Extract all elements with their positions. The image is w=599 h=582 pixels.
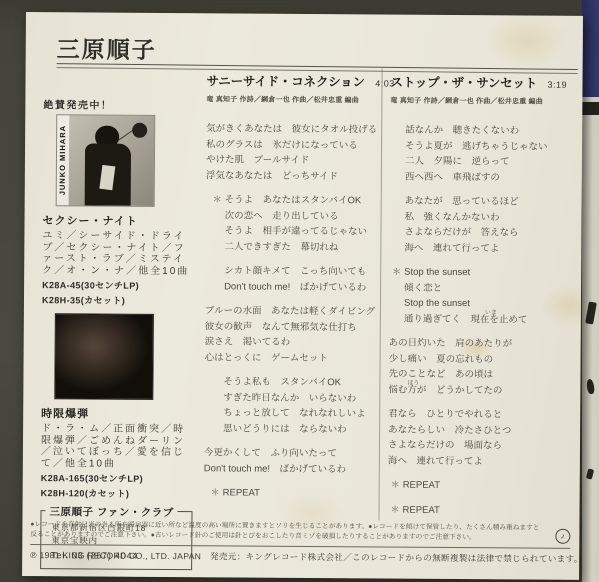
- column-divider: [378, 68, 382, 520]
- lyric-line: シカト顔キメて こっち向いても: [224, 263, 377, 280]
- lyric-line: ブルーの水面 あなたは軽くダイビング: [205, 303, 377, 320]
- album-track-list: ユミ／シーサイド・ドライブ／セクシー・ナイト／ファースト・ラブ／ミステイク／オ・…: [42, 230, 192, 277]
- repeat-block: ＊ REPEAT: [403, 478, 576, 495]
- lyric-block-chorus: ＊ そうよ あなたはスタンバイOK 次の恋へ 走り出している そうよ 相手が違っ…: [224, 192, 377, 255]
- lyric-block: 話なんか 聴きたくないわ そうよ夏が 逃げちゃうじゃない 二人 夕陽に 逆らって…: [405, 123, 578, 186]
- cover-artist-name: JUNKO MIHARA: [57, 115, 70, 205]
- chorus-marker: ＊: [213, 192, 222, 208]
- lyric-line: 次の恋へ 走り出している: [225, 208, 378, 225]
- furigana-ima: いま: [485, 306, 497, 322]
- catalog-number-lp: K28A-165(30センチLP): [41, 471, 199, 485]
- lyric-line: ちょっと放して なれなれしいよ: [223, 405, 376, 422]
- song-credits: 竜 真知子 作詩／網倉一也 作曲／松井忠重 編曲: [390, 96, 578, 107]
- song-2-column: ストップ・ザ・サンセット 3:19 竜 真知子 作詩／網倉一也 作曲／松井忠重 …: [387, 73, 578, 519]
- footer: ●レコードを直射日光の当る所や暖房器に近い所など温度の高い場所に置きますとソリを…: [30, 520, 570, 565]
- lyric-line: あなたが 思っているほど: [405, 194, 578, 211]
- lyric-line: 気がきくあなたは 彼女にタオル投げる: [206, 121, 378, 138]
- lyric-line: 私 強くなんかないわ: [405, 209, 578, 226]
- lyric-block: 気がきくあなたは 彼女にタオル投げる 私のグラスは 氷だけになっている やけた肌…: [206, 121, 378, 184]
- lyric-block: あなたが 思っているほど 私 強くなんかないわ さよならだけが 答えなら 海へ …: [404, 194, 577, 257]
- promo-label: 絶賛発売中！: [43, 96, 201, 112]
- song-1-header: サニーサイド・コネクション 4:03: [206, 71, 378, 91]
- lyric-line: やけた肌 プールサイド: [206, 152, 378, 169]
- lyric-line: 傾く恋と: [404, 280, 577, 297]
- album-cover-jigen-bakudan: [54, 313, 154, 400]
- catalog-number-cassette: K28H-120(カセット): [41, 486, 199, 500]
- lyric-line: 少し痛い 夏の忘れもの: [389, 351, 577, 368]
- background-sleeve-edge: [582, 97, 599, 582]
- lyric-line: 思いどうりには ならないわ: [223, 421, 376, 438]
- furigana-hou: ほう: [407, 377, 419, 393]
- lyric-sheet: 三原順子 絶賛発売中！ JUNKO MIHARA セクシー・ナイト ユミ／シーサ…: [22, 12, 583, 580]
- lyric-block: そうよ私も スタンバイOK すぎた昨日なんか いらないわ ちょっと放して なれな…: [223, 374, 376, 437]
- lyric-line: 二人 夕陽に 逆らって: [405, 154, 578, 171]
- lyric-line: 彼女の歓声 なんて無邪気な仕打ち: [205, 319, 377, 336]
- lyric-block-chorus: ＊ いま Stop the sunset 傾く恋と Stop the sunse…: [404, 265, 577, 328]
- background-navy-sleeve: [582, 0, 599, 97]
- lyric-line: 今更かくして ふり向いたって: [204, 445, 376, 462]
- album-title: 時限爆弾: [41, 405, 199, 422]
- lyric-line: 海へ 連れて行ってよ: [388, 453, 576, 470]
- lyric-line: 話なんか 聴きたくないわ: [405, 123, 578, 140]
- lyric-line: そうよ私も スタンバイOK: [223, 374, 376, 391]
- lyric-line: 西へ西へ 車飛ばすの: [405, 169, 578, 186]
- song-title: サニーサイド・コネクション: [206, 74, 364, 89]
- lyric-line: さよならだけが 答えなら: [404, 225, 577, 242]
- lyric-line: そうよ あなたはスタンバイOK: [225, 192, 378, 209]
- sidebar-discography: 絶賛発売中！ JUNKO MIHARA セクシー・ナイト ユミ／シーサイド・ドラ…: [40, 96, 201, 570]
- chorus-marker: ＊: [392, 265, 401, 281]
- lyric-line: すぎた昨日なんか いらないわ: [223, 390, 376, 407]
- repeat-label: REPEAT: [223, 485, 376, 502]
- song-duration: 3:19: [548, 80, 568, 90]
- lyric-line: 浮気なあなたは どっちサイド: [206, 168, 378, 185]
- lyric-line: あなたらしい 冷たさひとつ: [388, 422, 576, 439]
- song-credits: 竜 真知子 作詩／網倉一也 作曲／松井忠重 編曲: [206, 94, 378, 105]
- lyric-line: あの日灼いた 肩のあたりが: [389, 336, 577, 353]
- lyric-line: 二人できすぎた 幕切れね: [224, 239, 377, 256]
- lyric-line: 海へ 連れて行ってよ: [404, 240, 577, 257]
- sleeve-marking: [586, 468, 594, 479]
- repeat-marker: ＊: [391, 478, 400, 494]
- repeat-marker: ＊: [211, 485, 220, 501]
- sleeve-band-marking: [582, 102, 599, 115]
- lyric-line: Don't touch me! ばかげているわ: [224, 279, 377, 296]
- repeat-block: ＊ REPEAT: [402, 502, 575, 519]
- lyric-line: 私のグラスは 氷だけになっている: [206, 137, 378, 154]
- catalog-number-cassette: K28H-35(カセット): [42, 293, 200, 307]
- lyric-line: Don't touch me! ばかげているわ: [204, 461, 376, 478]
- sleeve-marking: [586, 379, 595, 395]
- catalog-number-lp: K28A-45(30センチLP): [42, 278, 200, 292]
- album-track-list: ド・ラ・ム／正面衝突／時限爆弾／ごめんねダーリン／泣いてぼっち／愛を信じて／他全…: [41, 423, 191, 470]
- song-1-column: サニーサイド・コネクション 4:03 竜 真知子 作詩／網倉一也 作曲／松井忠重…: [204, 71, 379, 502]
- repeat-marker: ＊: [390, 502, 399, 518]
- repeat-block: ＊ REPEAT: [223, 485, 376, 502]
- lyric-block: 今更かくして ふり向いたって Don't touch me! ばかげているわ: [204, 445, 376, 477]
- repeat-label: REPEAT: [403, 478, 576, 495]
- lyric-line: Stop the sunset: [404, 265, 577, 282]
- cover-ball-graphic: [132, 123, 147, 138]
- artist-title: 三原順子: [57, 31, 157, 65]
- song-title: ストップ・ザ・サンセット: [390, 76, 537, 91]
- lyric-line: 涙さえ 渇いてるわ: [205, 334, 377, 351]
- fan-club-name: 三原順子 ファン・クラブ: [45, 504, 177, 520]
- song-2-header: ストップ・ザ・サンセット 3:19: [390, 73, 578, 93]
- lyric-line: 君なら ひとりでやれると: [388, 407, 576, 424]
- sleeve-marking: [585, 301, 597, 324]
- album-title: セクシー・ナイト: [42, 212, 200, 229]
- lyric-block: ほう あの日灼いた 肩のあたりが 少し痛い 夏の忘れもの 先のことなど あの頃は…: [388, 336, 576, 399]
- lyric-line: そうよ 相手が違ってるじゃない: [224, 223, 377, 240]
- lyric-block: ブルーの水面 あなたは軽くダイビング 彼女の歓声 なんて無邪気な仕打ち 涙さえ …: [205, 303, 377, 366]
- album-cover-sexy-night: JUNKO MIHARA: [56, 114, 156, 207]
- lyric-block: 君なら ひとりでやれると あなたらしい 冷たさひとつ さよならだけの 場面なら …: [388, 407, 576, 470]
- repeat-label: REPEAT: [402, 502, 575, 519]
- lyric-block: シカト顔キメて こっち向いても Don't touch me! ばかげているわ: [224, 263, 377, 295]
- lyric-line: さよならだけの 場面なら: [388, 438, 576, 455]
- lyric-line: 心はとっくに ゲームセット: [205, 350, 377, 367]
- lyric-line: そうよ夏が 逃げちゃうじゃない: [405, 138, 578, 155]
- song-1-lyrics: 気がきくあなたは 彼女にタオル投げる 私のグラスは 氷だけになっている やけた肌…: [204, 121, 379, 502]
- song-2-lyrics: 話なんか 聴きたくないわ そうよ夏が 逃げちゃうじゃない 二人 夕陽に 逆らって…: [387, 123, 578, 519]
